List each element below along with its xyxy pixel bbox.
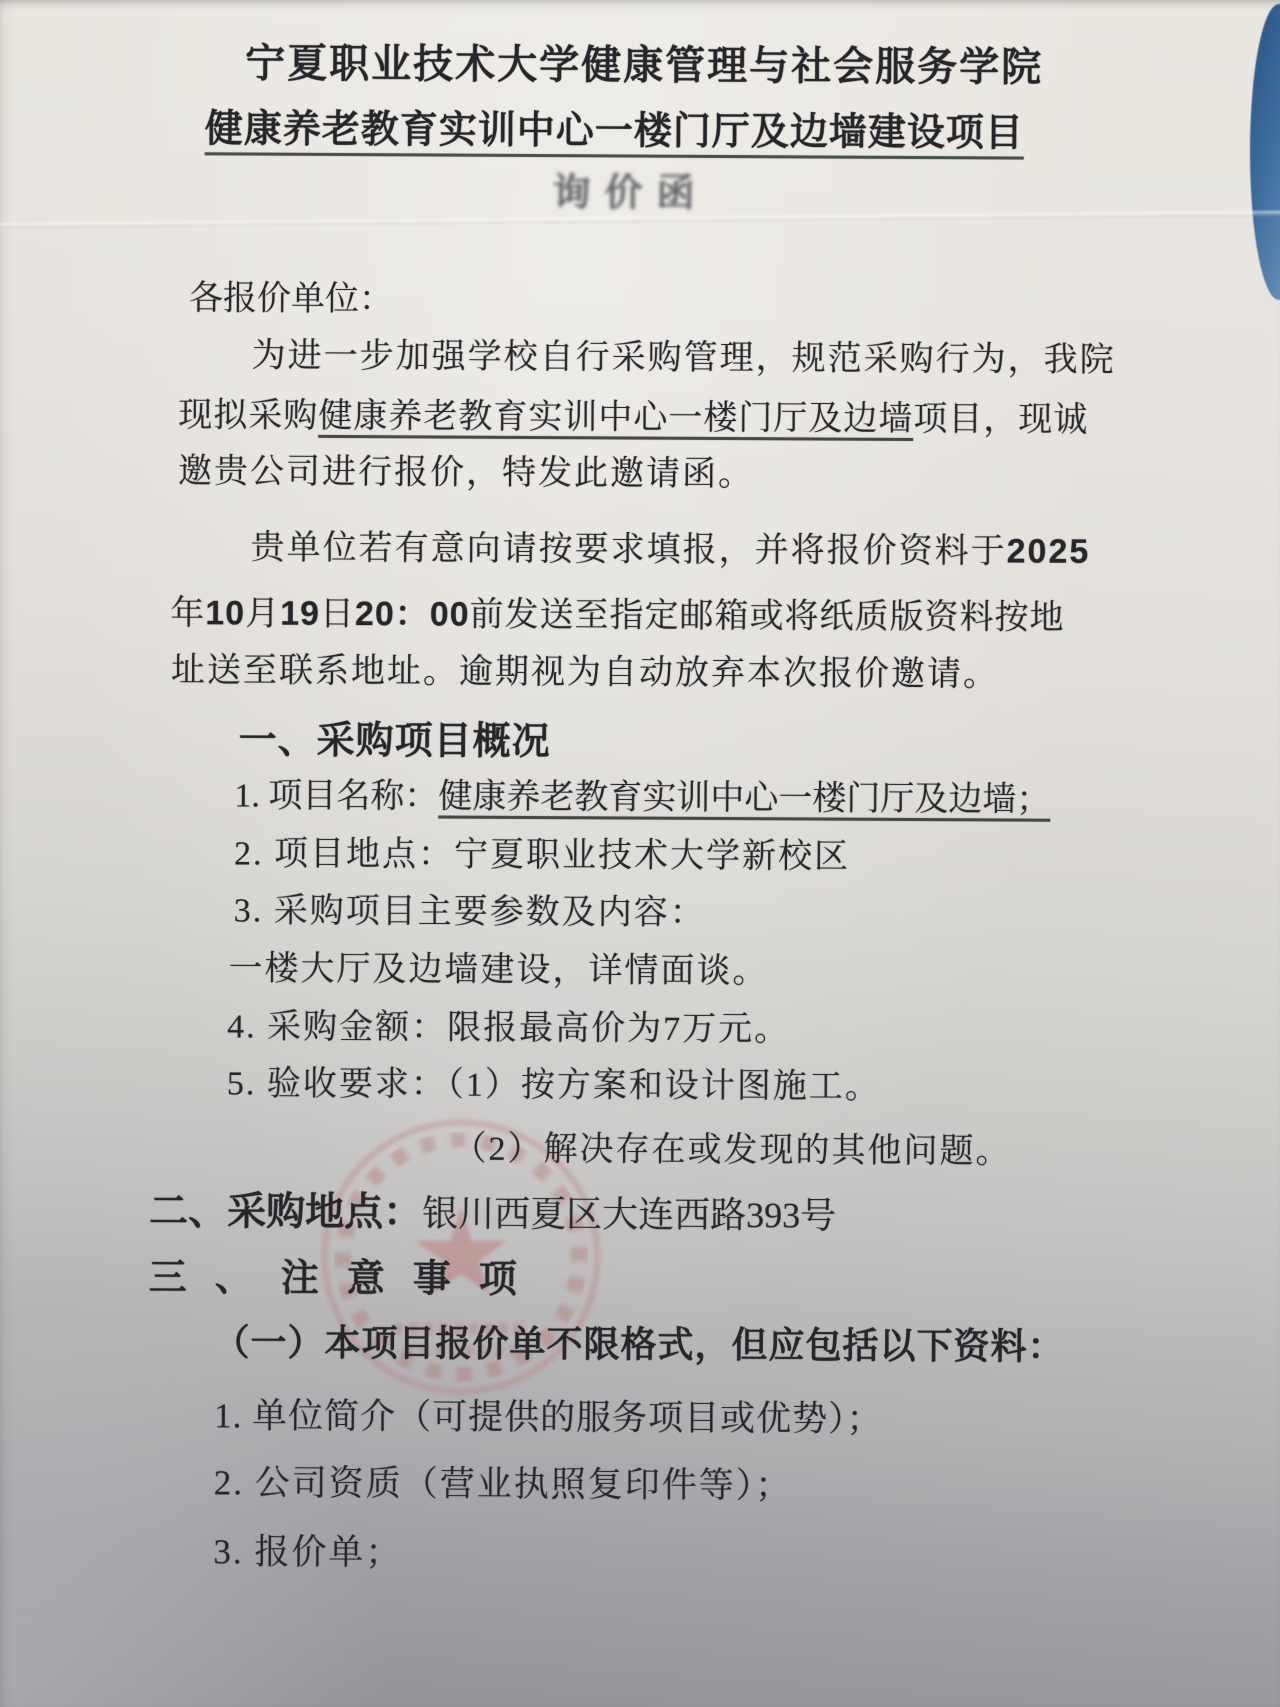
paragraph2-line1-text: 贵单位若有意向请按要求填报，并将报价资料于 (251, 530, 1007, 571)
deadline-seg: 前发送至指定邮箱或将纸质版资料按地 (470, 597, 1065, 637)
section1-item1-label: 1. 项目名称： (234, 777, 438, 815)
deadline-day-num: 19 (280, 595, 320, 633)
deadline-seg: 月 (245, 596, 280, 633)
section1-item4: 4. 采购金额：限报最高价为7万元。 (227, 1007, 790, 1049)
deadline-month-num: 10 (205, 594, 245, 632)
document-title-line1: 宁夏职业技术大学健康管理与社会服务学院 (245, 40, 1043, 90)
section3-subheading: （一）本项目报价单不限格式，但应包括以下资料： (213, 1322, 1064, 1368)
photographed-document: ★ 宁夏职业技术大学健康管理与社会服务学院 健康养老教育实训中心一楼门厅及边墙建… (0, 0, 1280, 1707)
section1-item5-continuation: （2）解决存在或发现的其他问题。 (452, 1130, 1011, 1172)
deadline-year: 2025 (1007, 532, 1091, 570)
section3-item1: 1. 单位简介（可提供的服务项目或优势）； (214, 1396, 883, 1440)
paragraph2-line1: 贵单位若有意向请按要求填报，并将报价资料于2025 (251, 529, 1091, 572)
section3-item2: 2. 公司资质（营业执照复印件等）； (214, 1463, 793, 1506)
paragraph2-line2: 年10月19日20：00前发送至指定邮箱或将纸质版资料按地 (170, 594, 1064, 638)
section1-item3: 3. 采购项目主要参数及内容： (234, 891, 706, 933)
section3-heading: 三、注意事项 (149, 1257, 545, 1303)
paragraph1-line2-post: 项目，现诚 (913, 401, 1088, 439)
section2-heading-address: 银川西夏区大连西路393号 (422, 1193, 836, 1235)
paragraph1-line2: 现拟采购健康养老教育实训中心一楼门厅及边墙项目，现诚 (178, 396, 1088, 440)
document-title-line2: 健康养老教育实训中心一楼门厅及边墙建设项目 (205, 108, 1024, 156)
section1-item1-project-name: 健康养老教育实训中心一楼门厅及边墙； (438, 779, 1050, 819)
salutation-line: 各报价单位： (189, 279, 393, 319)
document-text: 宁夏职业技术大学健康管理与社会服务学院 健康养老教育实训中心一楼门厅及边墙建设项… (0, 0, 1280, 1707)
paragraph1-line2-pre: 现拟采购 (178, 397, 318, 435)
paragraph1-line1: 为进一步加强学校自行采购管理，规范采购行为，我院 (252, 337, 1116, 381)
paragraph1-line3: 邀贵公司进行报价，特发此邀请函。 (178, 452, 754, 494)
deadline-time: 20：00 (355, 595, 470, 634)
section1-item1: 1. 项目名称：健康养老教育实训中心一楼门厅及边墙； (234, 776, 1050, 819)
section3-item3: 3. 报价单； (213, 1532, 402, 1573)
paragraph1-line2-underlined: 健康养老教育实训中心一楼门厅及边墙 (318, 398, 913, 438)
faded-caption: 询价函 (552, 172, 708, 217)
section1-item5: 5. 验收要求：（1）按方案和设计图施工。 (227, 1064, 881, 1107)
section1-item3-continuation: 一楼大厅及边墙建设，详情面谈。 (228, 949, 768, 991)
section2-heading-label: 二、采购地点： (149, 1190, 422, 1234)
deadline-seg: 年 (170, 595, 205, 632)
section2-heading: 二、采购地点：银川西夏区大连西路393号 (149, 1190, 836, 1238)
section1-heading: 一、采购项目概况 (239, 719, 551, 764)
deadline-seg: 日 (320, 596, 355, 633)
paragraph2-line3: 址送至联系地址。逾期视为自动放弃本次报价邀请。 (171, 651, 999, 694)
section1-item2: 2. 项目地点：宁夏职业技术大学新校区 (234, 834, 850, 876)
